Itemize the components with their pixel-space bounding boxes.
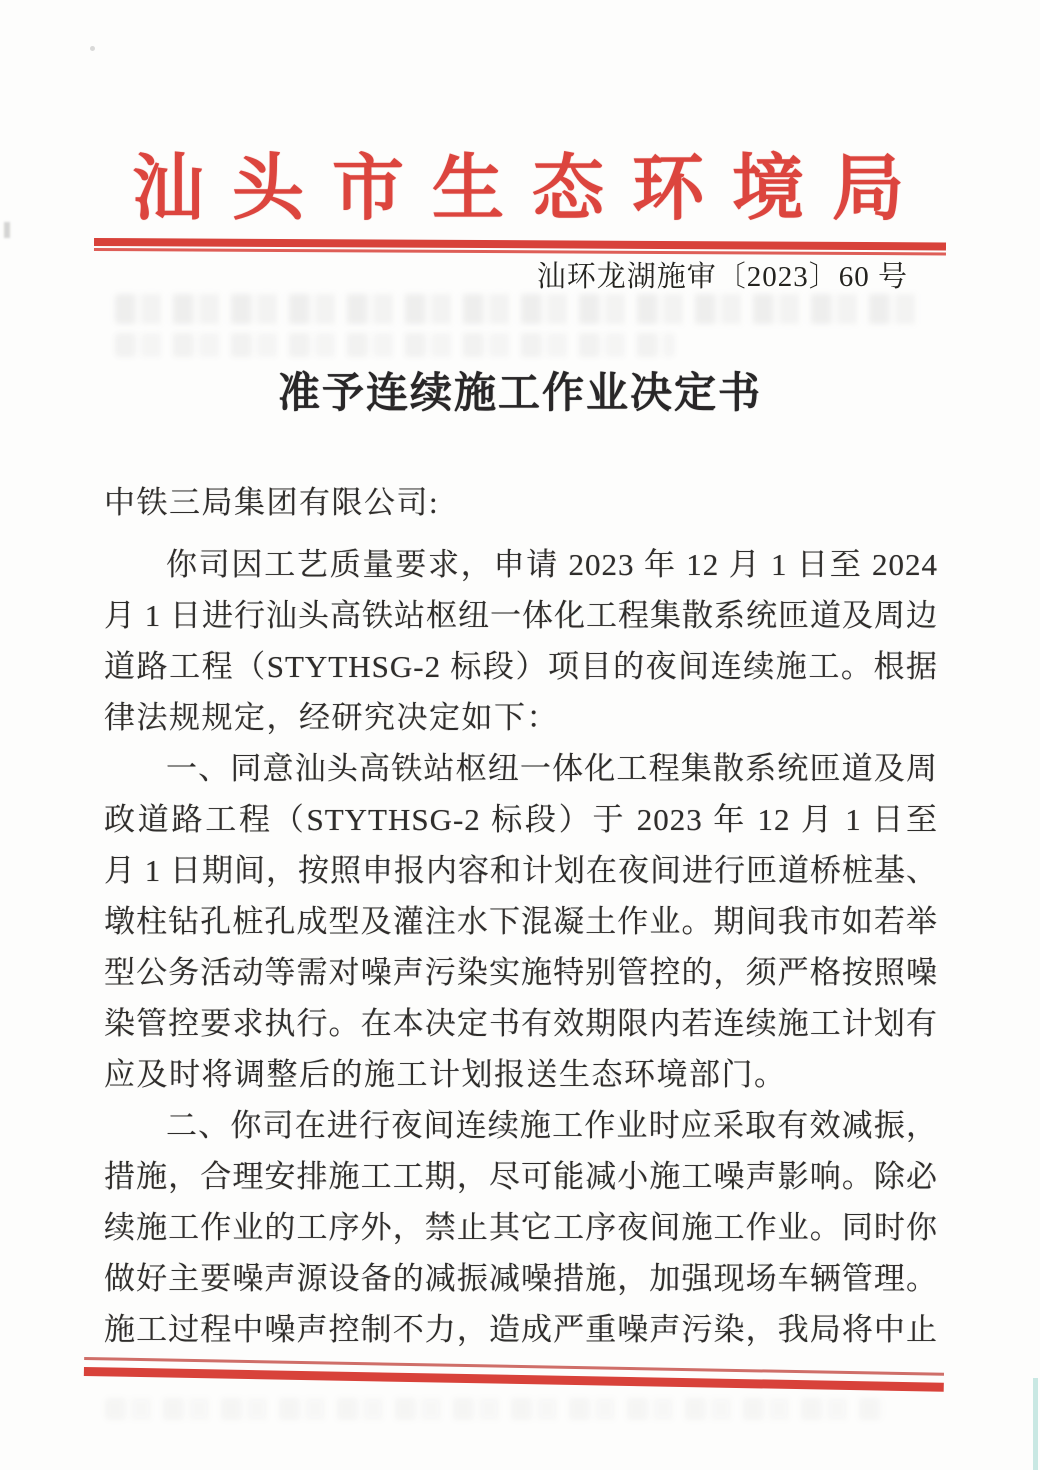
body-line: 染管控要求执行。在本决定书有效期限内若连续施工计划有调整，	[104, 998, 938, 1049]
body-line: 应及时将调整后的施工计划报送生态环境部门。	[104, 1049, 938, 1100]
doc-number: 汕环龙湖施审〔2023〕60 号	[0, 254, 1040, 295]
body-line: 月 1 日期间，按照申报内容和计划在夜间进行匝道桥桩基、承台、	[104, 845, 938, 896]
body-line: 律法规规定，经研究决定如下：	[104, 692, 938, 743]
agency-name: 汕头市生态环境局	[0, 130, 1040, 234]
doc-title: 准予连续施工作业决定书	[0, 360, 1040, 420]
body-line: 月 1 日进行汕头高铁站枢纽一体化工程集散系统匝道及周边市政	[104, 590, 938, 641]
bleed-through-artifact	[105, 1398, 885, 1420]
bleed-through-artifact	[115, 333, 675, 357]
body-line: 施工过程中噪声控制不力，造成严重噪声污染，我局将中止该项	[104, 1304, 938, 1355]
body-line: 政道路工程（STYTHSG-2 标段）于 2023 年 12 月 1 日至 20…	[104, 794, 938, 845]
body-line: 措施，合理安排施工工期，尽可能减小施工噪声影响。除必须连	[104, 1151, 938, 1202]
scanner-edge-stripe	[1033, 1378, 1038, 1470]
salutation: 中铁三局集团有限公司:	[104, 477, 938, 528]
body-line: 墩柱钻孔桩孔成型及灌注水下混凝土作业。期间我市如若举办大	[104, 896, 938, 947]
scan-speck	[90, 46, 95, 51]
body-line: 二、你司在进行夜间连续施工作业时应采取有效减振，降噪	[104, 1100, 938, 1151]
body-line: 续施工作业的工序外，禁止其它工序夜间施工作业。同时你司应	[104, 1202, 938, 1253]
body-line: 做好主要噪声源设备的减振减噪措施，加强现场车辆管理。如因	[104, 1253, 938, 1304]
footer-rule	[84, 1357, 944, 1392]
body-line: 道路工程（STYTHSG-2 标段）项目的夜间连续施工。根据相关法	[104, 641, 938, 692]
body-paragraphs: 你司因工艺质量要求，申请 2023 年 12 月 1 日至 2024 年 1月 …	[104, 539, 938, 1355]
body-line: 型公务活动等需对噪声污染实施特别管控的，须严格按照噪声污	[104, 947, 938, 998]
bleed-through-artifact	[115, 294, 920, 324]
doc-body: 中铁三局集团有限公司: 你司因工艺质量要求，申请 2023 年 12 月 1 日…	[104, 477, 938, 1355]
body-line: 一、同意汕头高铁站枢纽一体化工程集散系统匝道及周边市	[104, 743, 938, 794]
body-line: 你司因工艺质量要求，申请 2023 年 12 月 1 日至 2024 年 1	[104, 539, 938, 590]
document-page: 汕头市生态环境局 汕环龙湖施审〔2023〕60 号 准予连续施工作业决定书 中铁…	[0, 0, 1040, 1470]
header-rule	[94, 238, 946, 255]
